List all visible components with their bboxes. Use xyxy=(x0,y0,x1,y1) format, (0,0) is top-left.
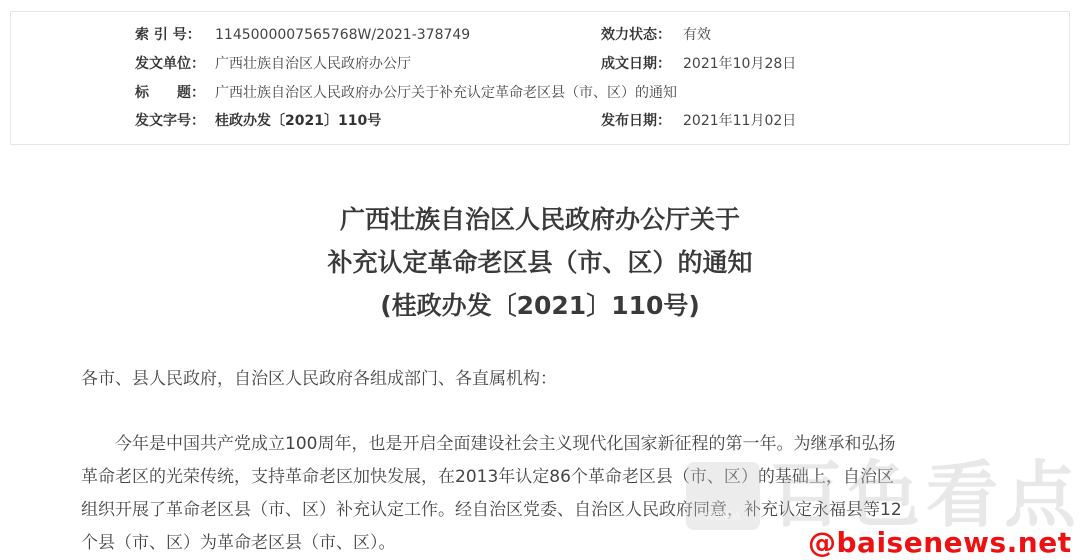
info-row-index: 索 引 号： 1145000007565768W/2021-378749 xyxy=(135,26,470,44)
watermark-logo-text: 百色看点 xyxy=(686,509,760,522)
watermark-text: 百色看点 xyxy=(770,455,1080,535)
title-line: 补充认定革命老区县（市、区）的通知 xyxy=(0,241,1080,284)
info-row-doc-number: 发文字号： 桂政办发〔2021〕110号 xyxy=(135,112,381,130)
written-date-label: 成文日期： xyxy=(601,55,683,73)
salutation: 各市、县人民政府，自治区人民政府各组成部门、各直属机构： xyxy=(81,364,557,389)
title-value: 广西壮族自治区人民政府办公厅关于补充认定革命老区县（市、区）的通知 xyxy=(215,84,677,102)
title-line: 广西壮族自治区人民政府办公厅关于 xyxy=(0,198,1080,241)
index-label: 索 引 号： xyxy=(135,26,215,44)
info-row-status: 效力状态： 有效 xyxy=(601,26,711,44)
watermark-site: @baisenews.net xyxy=(808,528,1072,558)
status-value: 有效 xyxy=(683,26,711,44)
title-line: (桂政办发〔2021〕110号) xyxy=(0,284,1080,327)
issuer-value: 广西壮族自治区人民政府办公厅 xyxy=(215,55,411,73)
published-date-label: 发布日期： xyxy=(601,112,683,130)
status-label: 效力状态： xyxy=(601,26,683,44)
doc-number-value: 桂政办发〔2021〕110号 xyxy=(215,112,381,130)
doc-number-label: 发文字号： xyxy=(135,112,215,130)
document-info-panel: 索 引 号： 1145000007565768W/2021-378749 效力状… xyxy=(10,11,1070,145)
document-title: 广西壮族自治区人民政府办公厅关于 补充认定革命老区县（市、区）的通知 (桂政办发… xyxy=(0,198,1080,327)
info-row-written-date: 成文日期： 2021年10月28日 xyxy=(601,55,796,73)
issuer-label: 发文单位： xyxy=(135,55,215,73)
published-date-value: 2021年11月02日 xyxy=(683,112,796,130)
info-row-published-date: 发布日期： 2021年11月02日 xyxy=(601,112,796,130)
title-label: 标 题： xyxy=(135,84,215,102)
index-value: 1145000007565768W/2021-378749 xyxy=(215,26,470,44)
watermark-logo-icon: 百色看点 xyxy=(686,462,760,530)
info-row-issuer: 发文单位： 广西壮族自治区人民政府办公厅 xyxy=(135,55,411,73)
written-date-value: 2021年10月28日 xyxy=(683,55,796,73)
info-row-title: 标 题： 广西壮族自治区人民政府办公厅关于补充认定革命老区县（市、区）的通知 xyxy=(135,84,677,102)
